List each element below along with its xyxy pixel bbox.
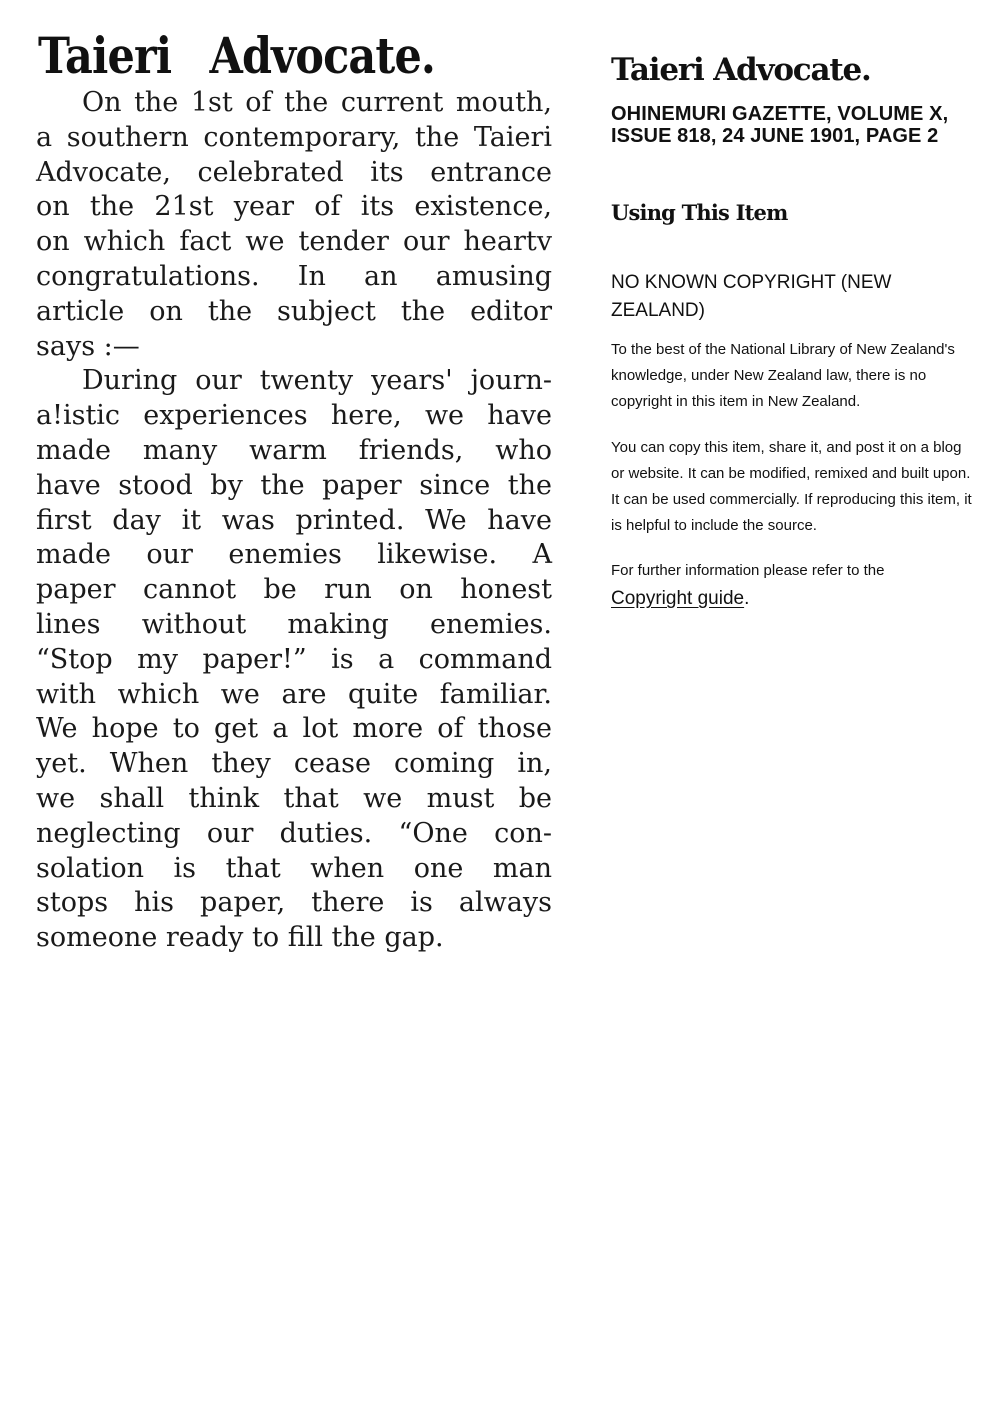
scan-line: On the 1st of the current mouth, bbox=[36, 86, 552, 121]
copyright-statement: To the best of the National Library of N… bbox=[611, 337, 976, 415]
scan-line: made our enemies likewise. A bbox=[36, 538, 552, 573]
item-citation: OHINEMURI GAZETTE, VOLUME X, ISSUE 818, … bbox=[611, 103, 976, 147]
item-title: Taieri Advocate. bbox=[611, 50, 976, 90]
scan-line: a southern contemporary, the Taieri bbox=[36, 121, 552, 156]
link-suffix: . bbox=[744, 588, 749, 609]
reuse-permissions: You can copy this item, share it, and po… bbox=[611, 435, 976, 539]
scan-line: article on the subject the editor bbox=[36, 295, 552, 330]
scan-line: lines without making enemies. bbox=[36, 608, 552, 643]
scan-line: neglecting our duties. “One con- bbox=[36, 817, 552, 852]
scan-line: We hope to get a lot more of those bbox=[36, 712, 552, 747]
scan-line: a!istic experiences here, we have bbox=[36, 399, 552, 434]
scan-line: on the 21st year of its existence, bbox=[36, 190, 552, 225]
newspaper-scan: Taieri Advocate. On the 1st of the curre… bbox=[36, 28, 552, 956]
scan-line: first day it was printed. We have bbox=[36, 504, 552, 539]
scan-line: “Stop my paper!” is a command bbox=[36, 643, 552, 678]
copyright-guide-link[interactable]: Copyright guide bbox=[611, 588, 744, 609]
scan-line: Advocate, celebrated its entrance bbox=[36, 156, 552, 191]
scan-line: yet. When they cease coming in, bbox=[36, 747, 552, 782]
scan-line: with which we are quite familiar. bbox=[36, 678, 552, 713]
item-metadata-panel: Taieri Advocate. OHINEMURI GAZETTE, VOLU… bbox=[611, 50, 976, 614]
scan-line: During our twenty years' journ- bbox=[36, 364, 552, 399]
copyright-guide-line: Copyright guide. bbox=[611, 584, 976, 614]
scan-line: paper cannot be run on honest bbox=[36, 573, 552, 608]
scan-line: made many warm friends, who bbox=[36, 434, 552, 469]
scan-line: have stood by the paper since the bbox=[36, 469, 552, 504]
scan-line: congratulations. In an amusing bbox=[36, 260, 552, 295]
using-this-item-heading: Using This Item bbox=[611, 199, 976, 227]
scan-line: someone ready to fill the gap. bbox=[36, 921, 552, 956]
scan-line: stops his paper, there is always bbox=[36, 886, 552, 921]
scan-line: we shall think that we must be bbox=[36, 782, 552, 817]
scan-line: on which fact we tender our heartv bbox=[36, 225, 552, 260]
scan-line: solation is that when one man bbox=[36, 852, 552, 887]
license-status: NO KNOWN COPYRIGHT (NEW ZEALAND) bbox=[611, 269, 976, 325]
scan-article-body: On the 1st of the current mouth, a south… bbox=[36, 86, 552, 956]
further-info-text: For further information please refer to … bbox=[611, 558, 976, 584]
scan-line: says :— bbox=[36, 330, 552, 365]
scan-headline: Taieri Advocate. bbox=[38, 28, 480, 86]
